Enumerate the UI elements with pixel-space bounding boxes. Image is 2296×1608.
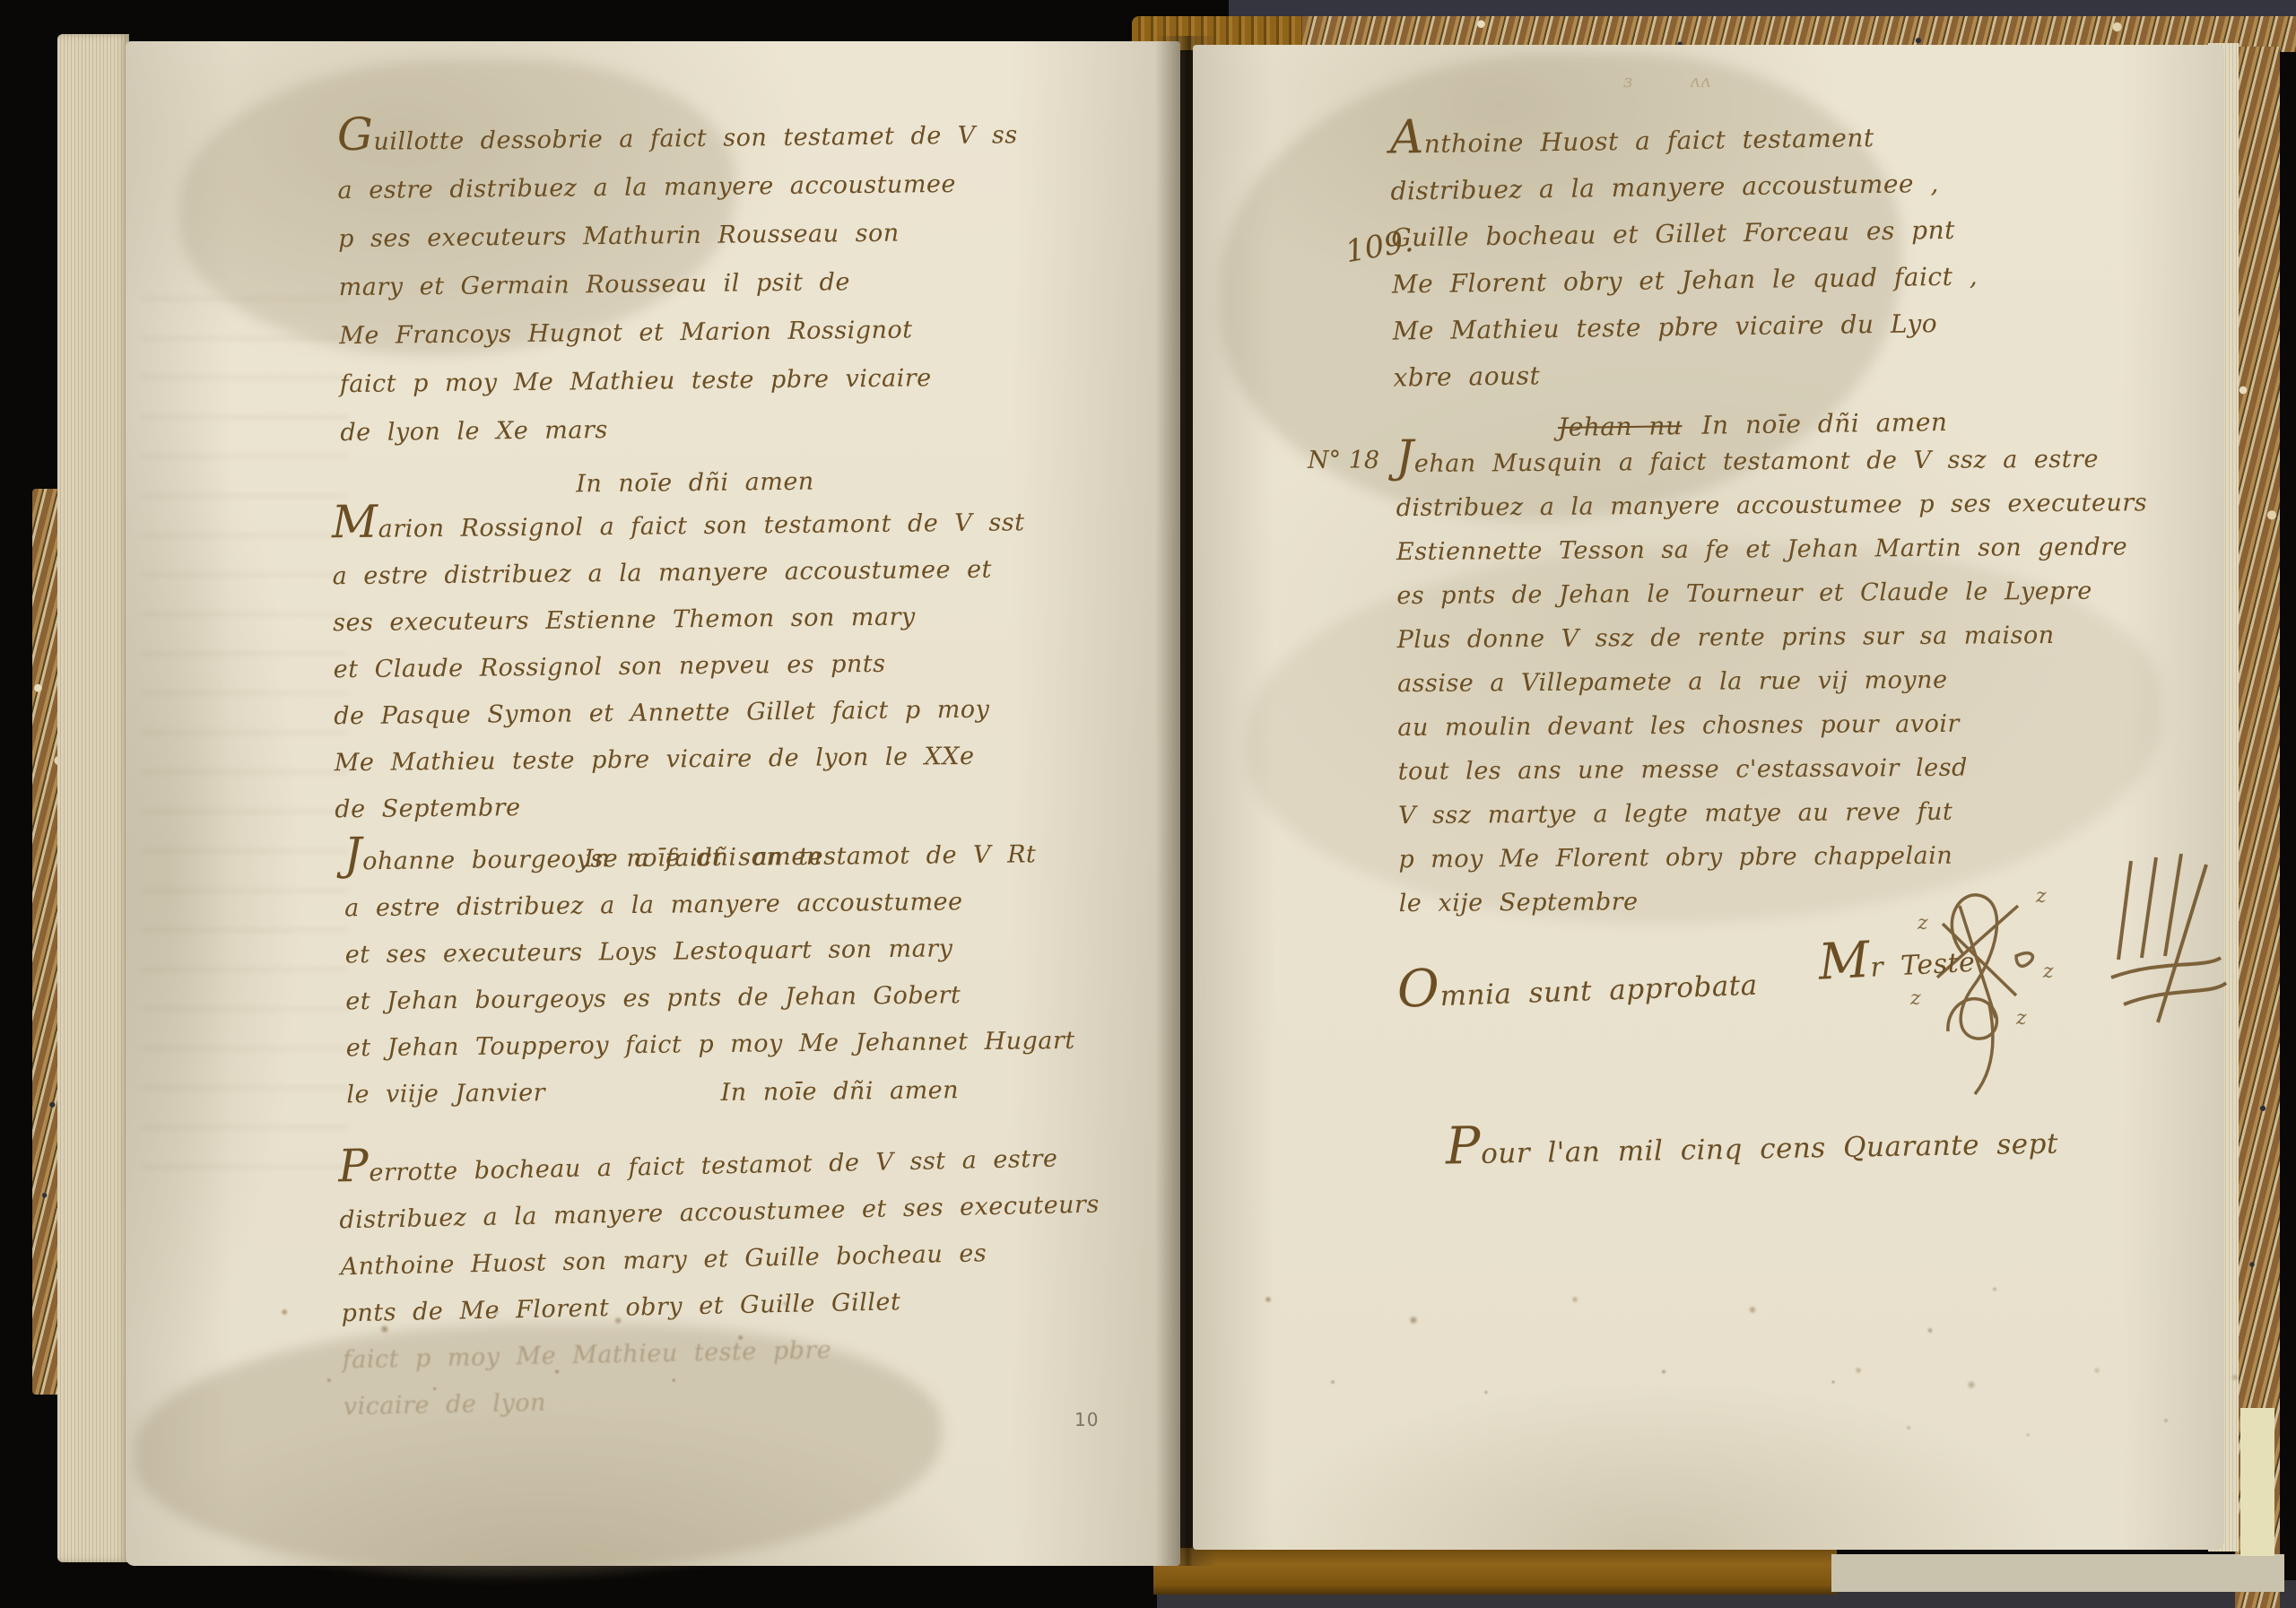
manuscript-line: Johanne bourgeoyse a faict son testamot … — [344, 831, 1097, 886]
year-dateline: Pour l'an mil cinq cens Quarante sept — [1446, 1125, 2217, 1170]
testament-entry: Marion Rossignol a faict son testamont d… — [332, 500, 1071, 886]
manuscript-line: a estre distribuez a la manyere accoustu… — [344, 878, 1098, 933]
svg-text:z: z — [2035, 885, 2047, 908]
ink-smudge: ɜ ʌʌ — [1623, 70, 1711, 91]
manuscript-line: a estre distribuez a la manyere accoustu… — [337, 160, 1047, 215]
manuscript-line: xbre aoust — [1393, 344, 2111, 401]
amen-text: In noīe dñi amen — [1701, 407, 1947, 440]
manuscript-line: distribuez a la manyere accoustumee p se… — [1396, 481, 2185, 530]
manuscript-line: a estre distribuez a la manyere accoustu… — [332, 546, 1067, 601]
tally-marks-icon — [2106, 852, 2231, 1049]
manuscript-line: faict p moy Me Mathieu teste pbre vicair… — [340, 353, 1049, 409]
amen-formula: In noīe dñi amen — [579, 1066, 1100, 1118]
margin-number: N° 18 — [1308, 447, 1379, 474]
folio-number: 10 — [1074, 1409, 1099, 1430]
fore-edge-page-stack — [57, 34, 129, 1562]
notary-paraph-icon: zz zzz — [1910, 870, 2117, 1103]
manuscript-line: p ses executeurs Mathurin Rousseau son — [338, 208, 1048, 264]
book-cradle-wood — [1153, 1548, 1837, 1595]
manuscript-line: de Pasque Symon et Annette Gillet faict … — [334, 686, 1069, 741]
right-page: ɜ ʌʌ 109. Anthoine Huost a faict testame… — [1193, 45, 2224, 1550]
left-page: Guillotte dessobrie a faict son testamet… — [126, 41, 1180, 1566]
manuscript-line: V ssz martye a legte matye au reve fut — [1398, 788, 2187, 838]
svg-text:z: z — [2015, 1007, 2027, 1030]
testament-entry: Guillotte dessobrie a faict son testamet… — [337, 111, 1050, 511]
manuscript-line: ses executeurs Estienne Themon son mary — [333, 593, 1068, 648]
manuscript-line: Marion Rossignol a faict son testamont d… — [332, 500, 1067, 554]
manuscript-line: de Septembre — [335, 779, 1070, 834]
foxing-spots — [1821, 1327, 2296, 1471]
manuscript-line: Jehan Musquin a faict testamont de V ssz… — [1396, 437, 2185, 486]
testament-entry: Anthoine Huost a faict testament distrib… — [1389, 111, 2111, 453]
manuscript-line: au moulin devant les chosnes pour avoir — [1397, 700, 2187, 750]
manuscript-line: assise a Villepamete a la rue vij moyne — [1397, 656, 2187, 706]
manuscript-line: et Claude Rossignol son nepveu es pnts — [333, 639, 1068, 694]
manuscript-line: et Jehan Toupperoy faict p moy Me Jehann… — [346, 1018, 1100, 1073]
testament-entry: Johanne bourgeoyse a faict son testamot … — [344, 831, 1100, 1121]
manuscript-line: mary et Germain Rousseau il psit de — [338, 256, 1048, 312]
svg-text:z: z — [1917, 912, 1928, 934]
manuscript-line: tout les ans une messe c'estassavoir les… — [1398, 744, 2187, 794]
manuscript-line: Plus donne V ssz de rente prins sur sa m… — [1396, 613, 2186, 662]
manuscript-line: es pnts de Jehan le Tourneur et Claude l… — [1396, 569, 2186, 618]
testament-entry: Perrotte bocheau a faict testamot de V s… — [338, 1134, 1142, 1431]
bottom-leaf-edges — [1831, 1554, 2284, 1592]
svg-text:z: z — [1910, 987, 1921, 1010]
manuscript-line: Me Francoys Hugnot et Marion Rossignot — [339, 305, 1048, 361]
manuscript-line: et ses executeurs Loys Lestoquart son ma… — [344, 925, 1098, 979]
manuscript-line: Guillotte dessobrie a faict son testamet… — [337, 111, 1047, 167]
testament-entry: Jehan Musquin a faict testamont de V ssz… — [1396, 437, 2188, 926]
struck-text: Jehan nu — [1558, 411, 1683, 442]
manuscript-line: Pour l'an mil cinq cens Quarante sept — [1446, 1125, 2217, 1170]
manuscript-line: Me Mathieu teste pbre vicaire de lyon le… — [335, 733, 1070, 787]
manuscript-line: Estiennette Tesson sa fe et Jehan Martin… — [1396, 525, 2186, 574]
manuscript-photo: Guillotte dessobrie a faict son testamet… — [0, 0, 2296, 1608]
manuscript-line: de lyon le Xe mars — [340, 402, 1049, 457]
ink-bleedthrough — [142, 297, 348, 1176]
manuscript-line: et Jehan bourgeoys es pnts de Jehan Gobe… — [345, 971, 1099, 1026]
svg-text:z: z — [2042, 960, 2054, 983]
